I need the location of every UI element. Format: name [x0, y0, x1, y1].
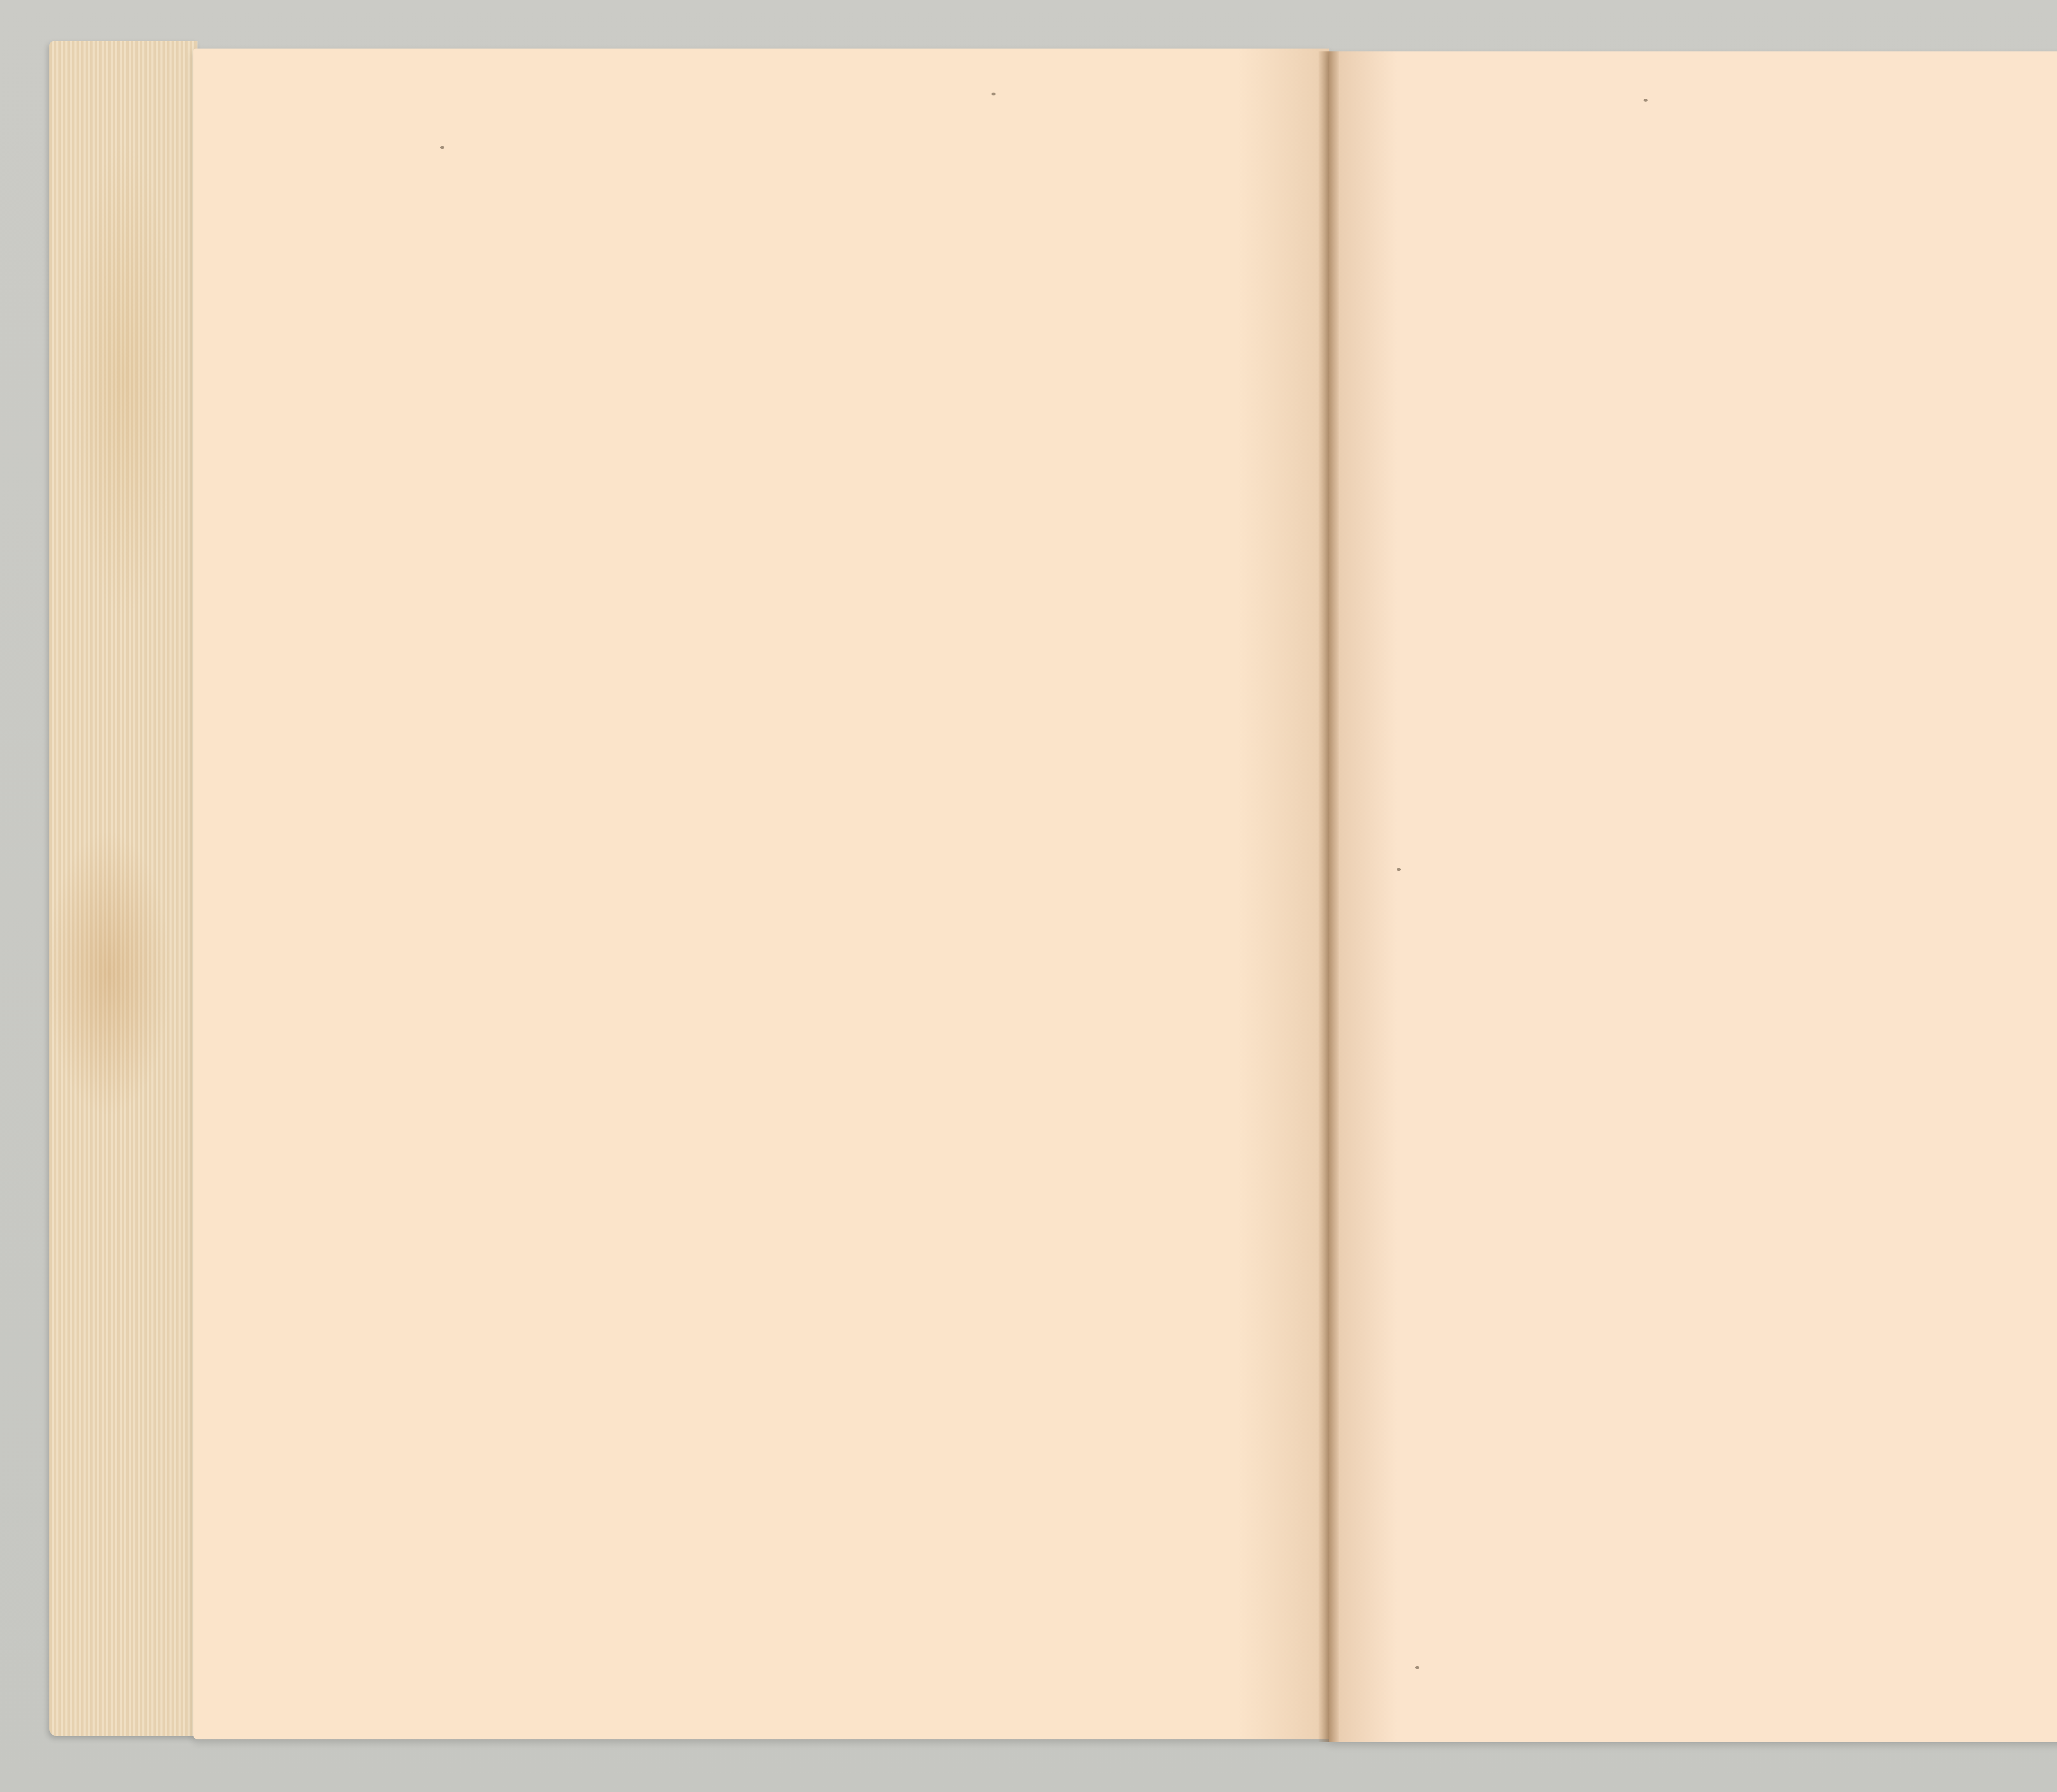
- paper-speck: [1415, 1666, 1419, 1669]
- paper-speck: [1397, 868, 1401, 871]
- left-page-stack-edge: [49, 41, 197, 1736]
- paper-speck: [440, 146, 444, 149]
- left-page: [193, 49, 1329, 1739]
- paper-speck: [991, 93, 996, 95]
- book-gutter: [1319, 51, 1339, 1742]
- paper-speck: [1644, 99, 1648, 102]
- right-page: [1329, 51, 2057, 1742]
